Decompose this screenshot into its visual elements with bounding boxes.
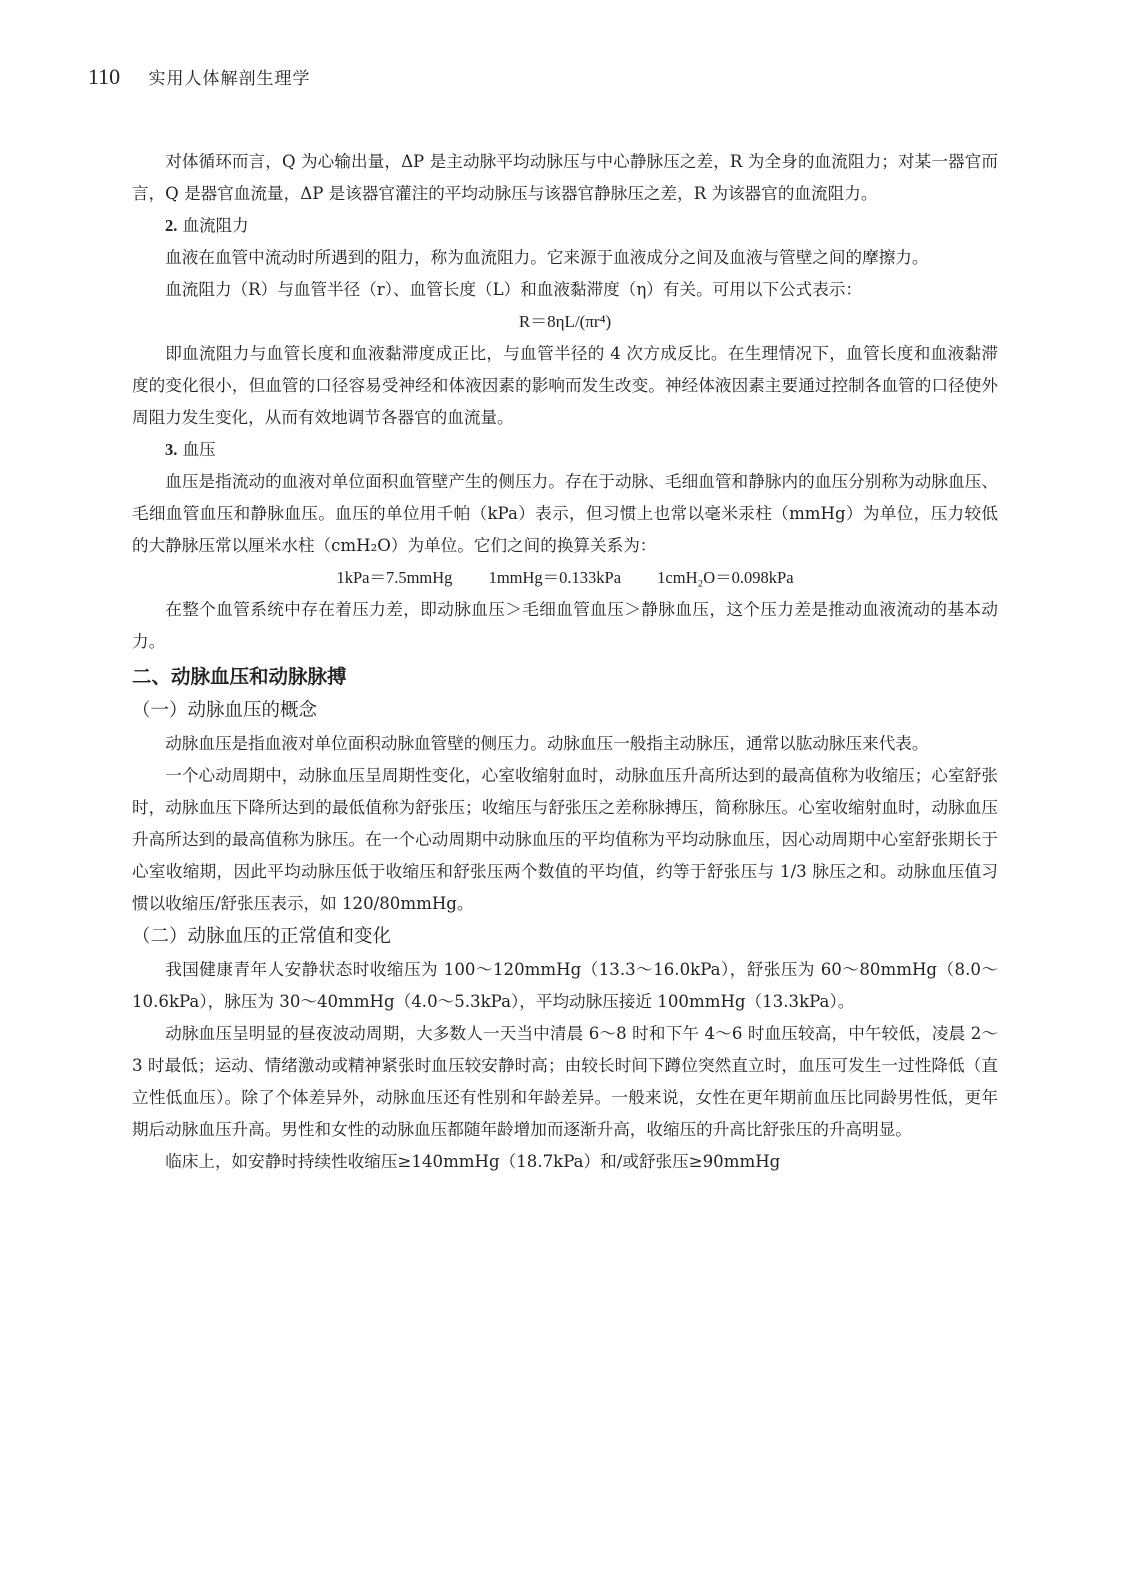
subsection-heading-normal-values: （二）动脉血压的正常值和变化 bbox=[132, 920, 998, 954]
paragraph-blood-pressure-definition: 血压是指流动的血液对单位面积血管壁产生的侧压力。存在于动脉、毛细血管和静脉内的血… bbox=[132, 466, 998, 562]
paragraph-systolic-diastolic: 一个心动周期中，动脉血压呈周期性变化，心室收缩射血时，动脉血压升高所达到的最高值… bbox=[132, 760, 998, 920]
paragraph-clinical-hypertension: 临床上，如安静时持续性收缩压≥140mmHg（18.7kPa）和/或舒张压≥90… bbox=[132, 1146, 998, 1178]
paragraph-normal-values: 我国健康青年人安静状态时收缩压为 100～120mmHg（13.3～16.0kP… bbox=[132, 954, 998, 1018]
paragraph-resistance-factors: 血流阻力（R）与血管半径（r）、血管长度（L）和血液黏滞度（η）有关。可用以下公… bbox=[132, 274, 998, 306]
heading-number: 2. bbox=[165, 216, 177, 235]
heading-text: 血压 bbox=[183, 440, 216, 459]
paragraph-arterial-pressure-definition: 动脉血压是指血液对单位面积动脉血管壁的侧压力。动脉血压一般指主动脉压，通常以肱动… bbox=[132, 728, 998, 760]
conversion-mmhg-kpa: 1mmHg＝0.133kPa bbox=[489, 568, 621, 587]
unit-conversion-line: 1kPa＝7.5mmHg 1mmHg＝0.133kPa 1cmH₂O＝0.098… bbox=[132, 562, 998, 594]
running-header: 110 实用人体解剖生理学 bbox=[88, 64, 311, 90]
paragraph-pressure-gradient: 在整个血管系统中存在着压力差，即动脉血压＞毛细血管血压＞静脉血压，这个压力差是推… bbox=[132, 594, 998, 658]
heading-blood-pressure: 3. 血压 bbox=[132, 434, 998, 466]
heading-number: 3. bbox=[165, 440, 177, 459]
book-title: 实用人体解剖生理学 bbox=[149, 69, 311, 89]
page-number: 110 bbox=[88, 64, 120, 89]
paragraph-resistance-relationship: 即血流阻力与血管长度和血液黏滞度成正比，与血管半径的 4 次方成反比。在生理情况… bbox=[132, 338, 998, 434]
conversion-kpa-mmhg: 1kPa＝7.5mmHg bbox=[336, 568, 452, 587]
heading-text: 血流阻力 bbox=[183, 216, 249, 235]
paragraph-circulation-formula-explanation: 对体循环而言，Q 为心输出量，ΔP 是主动脉平均动脉压与中心静脉压之差，R 为全… bbox=[132, 146, 998, 210]
conversion-cmh2o-kpa: 1cmH₂O＝0.098kPa bbox=[657, 568, 793, 587]
section-heading-arterial-pressure-pulse: 二、动脉血压和动脉脉搏 bbox=[132, 660, 998, 694]
subsection-heading-concept: （一）动脉血压的概念 bbox=[132, 694, 998, 728]
paragraph-diurnal-variation: 动脉血压呈明显的昼夜波动周期，大多数人一天当中清晨 6～8 时和下午 4～6 时… bbox=[132, 1018, 998, 1146]
heading-blood-flow-resistance: 2. 血流阻力 bbox=[132, 210, 998, 242]
page-body: 对体循环而言，Q 为心输出量，ΔP 是主动脉平均动脉压与中心静脉压之差，R 为全… bbox=[132, 146, 998, 1178]
formula-poiseuille: R＝8ηL/(πr⁴) bbox=[132, 306, 998, 338]
paragraph-resistance-definition: 血液在血管中流动时所遇到的阻力，称为血流阻力。它来源于血液成分之间及血液与管壁之… bbox=[132, 242, 998, 274]
